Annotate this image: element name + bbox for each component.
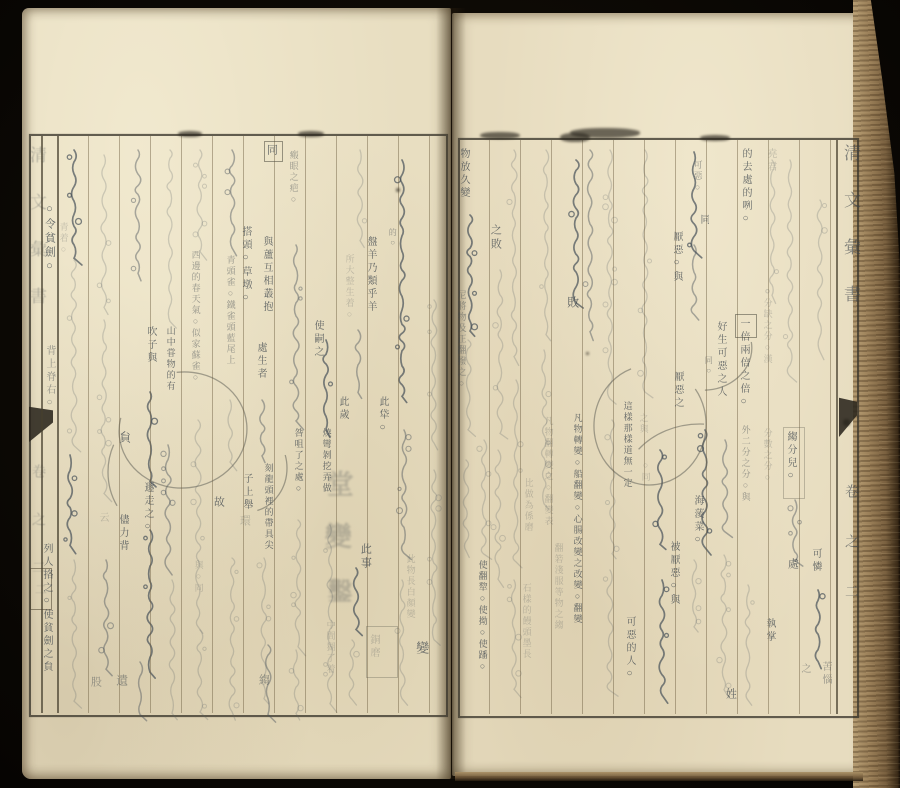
chinese-gloss-run: 翻箬淺服等物之縐 [554,543,563,631]
chinese-gloss-run: 吹子與 [145,326,155,365]
manchu-text-run [104,560,113,676]
manchu-diacritic-dot [473,291,477,295]
manchu-diacritic-dot [717,657,722,662]
chinese-gloss-run: 遺 [116,674,128,689]
manchu-diacritic-dot [406,446,411,451]
column-rule [119,136,120,713]
manchu-diacritic-dot [605,501,609,505]
chinese-gloss-run: 使嗣之 [312,320,322,359]
chinese-gloss-run: 子上舉 [241,473,251,512]
manchu-diacritic-dot [292,556,295,559]
manchu-diacritic-dot [131,198,135,202]
manchu-diacritic-dot [203,647,206,650]
manchu-diacritic-dot [299,287,302,290]
column-rule [429,136,430,713]
manchu-text-run [467,215,475,336]
manchu-text-run [147,530,155,678]
column-rule [212,136,213,713]
ink-smudge [178,131,202,137]
manchu-diacritic-dot [820,594,825,599]
manchu-diacritic-dot [508,584,512,588]
manchu-diacritic-dot [663,455,667,459]
annotation-box [735,314,757,338]
manchu-text-run [587,150,593,340]
manchu-text-run [658,450,666,549]
column-rule [613,140,614,714]
chinese-gloss-run: 山中甞物的有 [166,326,175,392]
bleed-through-text: 堂 [324,470,351,511]
manchu-diacritic-dot [507,199,512,204]
manchu-text-run [229,558,235,720]
column-rule [274,136,275,713]
manchu-diacritic-dot [605,435,610,440]
manchu-diacritic-dot [477,446,482,451]
manchu-diacritic-dot [500,535,506,541]
manchu-diacritic-dot [569,211,574,216]
chinese-gloss-run: 處生者 [255,342,265,381]
manchu-diacritic-dot [234,617,239,622]
manchu-text-run [349,640,356,705]
chinese-gloss-run: 縐 [257,674,268,688]
chinese-gloss-run: 背上脊右○ [44,345,54,411]
chinese-gloss-run: 姓 [724,688,735,702]
manchu-text-run [101,155,108,314]
manchu-diacritic-dot [493,323,499,329]
chinese-gloss-run: 儘力背 [117,514,127,553]
manchu-diacritic-dot [751,601,755,605]
manchu-text-run [544,150,551,341]
chinese-gloss-run: 敗 [567,296,579,311]
manchu-text-run [165,445,172,575]
column-rule [181,136,182,713]
column-rule [88,136,89,713]
manchu-diacritic-dot [603,577,607,581]
manchu-diacritic-dot [789,531,793,535]
manchu-diacritic-dot [775,270,779,274]
chinese-gloss-run: 苦惱 [820,661,830,687]
chinese-gloss-run: 貟 [119,431,131,446]
chinese-gloss-run: ○同 [641,460,650,483]
manchu-text-run [787,160,796,382]
chinese-gloss-run: 外二分之分○與 [741,425,750,503]
manchu-diacritic-dot [107,299,111,303]
column-rule [675,140,676,714]
chinese-gloss-run: 堯君 [765,148,775,174]
chinese-gloss-run: 中間猢了着 [326,620,335,675]
manchu-diacritic-dot [225,190,230,195]
manchu-text-run [722,440,732,537]
chinese-gloss-run: 環 [238,515,249,529]
chinese-gloss-run: 青頭雀○鐵雀頭藍尾上 [226,255,235,366]
manchu-diacritic-dot [106,418,110,422]
chinese-gloss-run: 這樣那樣道無一定 [623,401,632,489]
chinese-gloss-run: 尼將物及正翻撥之○ [457,290,466,390]
chinese-gloss-run: 西邊的春天氣○似家蘇雀○ [191,250,200,384]
manchu-text-run [101,320,112,502]
chinese-gloss-run: 可惡的人○ [624,616,634,682]
manchu-diacritic-dot [603,195,608,200]
manchu-text-run [135,150,141,281]
manchu-diacritic-dot [68,193,72,197]
chinese-gloss-run: 此歲 [337,396,347,422]
manchu-text-run [770,160,776,303]
manchu-diacritic-dot [106,241,111,246]
manchu-diacritic-dot [234,703,239,708]
chinese-gloss-run: 物放久變 [458,148,468,200]
manchu-diacritic-dot [97,395,102,400]
manchu-diacritic-dot [299,297,302,300]
chinese-gloss-run: 被厭惡○與 [668,541,678,607]
manchu-diacritic-dot [638,370,644,376]
manchu-text-run [323,340,330,437]
manchu-text-run [495,450,503,587]
manchu-diacritic-dot [822,203,826,207]
manchu-text-run [228,400,237,471]
chinese-gloss-run: 凡物翻轉變之○翻變表 [544,416,553,527]
manchu-diacritic-dot [201,536,205,540]
manchu-diacritic-dot [68,596,71,599]
manchu-text-run [357,150,364,247]
manchu-text-run [354,568,363,636]
chinese-gloss-run: 同 [698,214,708,227]
manchu-diacritic-dot [603,204,609,210]
column-rule [830,140,831,714]
chinese-gloss-run: 海蔆菜○ [692,495,702,548]
manchu-text-run [139,662,147,721]
manchu-diacritic-dot [162,467,166,471]
column-rule [305,136,306,713]
manchu-text-run [293,245,303,430]
manchu-diacritic-dot [583,282,588,287]
ink-smudge [480,132,520,139]
manchu-diacritic-dot [267,605,271,609]
chinese-gloss-run: 與蘆互相叢抱 [261,236,271,314]
manchu-diacritic-dot [603,302,608,307]
chinese-gloss-run: 比做為係磨 [524,478,533,533]
chinese-gloss-run: 股 [89,676,100,690]
manchu-diacritic-dot [76,218,82,224]
manchu-text-run [197,150,207,260]
manchu-diacritic-dot [64,538,67,541]
manchu-diacritic-dot [257,563,262,568]
manchu-diacritic-dot [131,266,135,270]
chinese-gloss-run: 分缺之分○漢 [763,298,772,365]
chinese-gloss-run: 云 [97,512,107,525]
chinese-gloss-run: 的去處的咧○ [740,148,750,227]
manchu-text-run [195,420,203,633]
ink-smudge [843,419,850,426]
ink-smudge [700,135,730,141]
column-rule [398,136,399,713]
manchu-diacritic-dot [235,570,238,573]
manchu-diacritic-dot [696,606,701,611]
chinese-gloss-run: 的○ [388,228,396,249]
chinese-gloss-run: 故 [212,496,223,510]
manchu-diacritic-dot [202,184,206,188]
manchu-text-run [497,270,508,439]
chinese-gloss-run: 變 [415,641,428,657]
manchu-text-run [147,392,156,487]
manchu-text-run [169,580,177,720]
chinese-gloss-run: 瘢眼之疤○ [289,150,298,206]
manchu-diacritic-dot [144,585,148,589]
manchu-diacritic-dot [161,451,166,456]
manchu-diacritic-dot [72,511,77,516]
manchu-diacritic-dot [203,704,207,708]
chinese-gloss-run: 厭惡○與 [671,231,681,284]
chinese-gloss-run: 所大整生着○ [345,254,354,321]
manchu-text-run [399,160,407,403]
manchu-text-run [71,260,81,452]
manchu-diacritic-dot [144,536,148,540]
chinese-gloss-run: 刻龍頭裡的帶具尖 [264,463,273,551]
chinese-gloss-run: 石樣的饅頭墨長 [522,583,531,660]
manchu-text-run [355,330,361,398]
manchu-diacritic-dot [688,243,692,247]
chinese-gloss-run: 好生可惡之人 [715,321,725,399]
column-rule [150,136,151,713]
book-scan-photo: 清文彙書 卷之二 二 清文彙書 卷之二 ○令貧劍○背上脊右○列人挌之○使貧劍之貟… [0,0,900,788]
manchu-text-run [817,200,824,360]
chinese-gloss-run: ○令貧劍○ [43,203,54,275]
manchu-diacritic-dot [727,573,731,577]
manchu-diacritic-dot [162,479,166,483]
manchu-diacritic-dot [291,592,296,597]
manchu-text-run [692,560,698,632]
chinese-gloss-run: 可憐 [810,548,820,574]
manchu-diacritic-dot [67,155,71,159]
chinese-gloss-run: 咎咀了之處○ [294,428,303,495]
annotation-box [366,626,398,678]
chinese-gloss-run: 此牮○ [377,396,387,436]
manchu-text-run [463,460,469,557]
manchu-diacritic-dot [67,429,71,433]
chinese-gloss-run: 執掌 [764,618,774,644]
manchu-diacritic-dot [436,506,441,511]
chinese-gloss-run: 青着○ [59,222,68,256]
manchu-text-run [72,150,82,265]
chinese-gloss-run: 處 [786,558,797,572]
manchu-diacritic-dot [783,334,787,338]
manchu-diacritic-dot [329,382,333,386]
chinese-gloss-run: 同○ [704,356,712,377]
manchu-text-run [167,150,176,328]
manchu-text-run [71,560,81,708]
manchu-diacritic-dot [491,525,496,530]
manchu-diacritic-dot [696,578,701,583]
chinese-gloss-run: 使翻犂○使拗○使蹯○ [478,560,487,673]
bleed-through-text: 鑿 [325,578,350,617]
ink-smudge [560,133,590,142]
annotation-box [783,427,805,499]
manchu-diacritic-dot [194,163,198,167]
column-rule [737,140,738,714]
column-rule [243,136,244,713]
column-rule [336,136,337,713]
manchu-text-run [607,150,616,404]
chinese-gloss-run: 搭頭○草墩○ [240,226,250,306]
manchu-diacritic-dot [788,506,793,511]
manchu-diacritic-dot [193,232,198,237]
manchu-diacritic-dot [290,380,294,384]
chinese-gloss-run: 列人挌之○使貧劍之貟 [41,543,51,674]
manchu-diacritic-dot [191,499,196,504]
manchu-text-run [691,245,698,320]
manchu-diacritic-dot [603,348,608,353]
ink-smudge [396,188,400,192]
ink-smudge [586,352,589,355]
manchu-text-run [229,150,236,256]
chinese-gloss-run: 遯走之○ [142,482,152,535]
manchu-diacritic-dot [472,324,478,330]
bleed-through-text: 變 [322,522,349,563]
manchu-diacritic-dot [203,174,207,178]
manchu-text-run [793,500,803,566]
manchu-diacritic-dot [72,476,76,480]
manchu-text-run [511,150,518,365]
chinese-gloss-run: 厭惡之 [672,371,682,410]
chinese-gloss-run: 之與 [639,413,648,435]
chinese-gloss-run: 與○同 [194,560,203,594]
ink-smudge [298,131,324,137]
manchu-text-run [431,300,438,450]
manchu-text-run [295,520,305,656]
chinese-gloss-run: 盤羊乃類乎羊 [365,236,375,314]
manchu-diacritic-dot [108,623,114,629]
manchu-text-run [67,455,75,554]
manchu-diacritic-dot [726,561,731,566]
annotation-box [264,141,283,162]
manchu-diacritic-dot [354,651,360,657]
manchu-text-run [659,580,668,703]
manchu-diacritic-dot [727,608,731,612]
chinese-gloss-run: 此物長白顏變 [406,554,415,620]
manchu-text-run [466,340,475,436]
chinese-gloss-run: 分數之分○ [763,428,772,484]
chinese-gloss-run: 之 [799,663,809,676]
manchu-diacritic-dot [404,316,409,321]
manchu-diacritic-dot [665,633,669,637]
banxin-divider-line [836,140,838,714]
chinese-gloss-run: 凡物轉變○船翻變○心腸改變之改變○翻變 [573,413,582,625]
chinese-gloss-run: 此事 [359,543,370,571]
manchu-diacritic-dot [472,251,477,256]
ink-overlay [0,0,900,788]
manchu-diacritic-dot [698,434,702,438]
manchu-text-run [260,400,265,463]
manchu-diacritic-dot [152,418,158,424]
manchu-diacritic-dot [540,285,544,289]
manchu-diacritic-dot [647,259,651,263]
manchu-text-run [815,590,821,669]
chinese-gloss-run: 可惡○ [693,160,702,194]
manchu-diacritic-dot [406,435,411,440]
chinese-gloss-run: 之敗 [489,224,500,252]
manchu-text-run [481,440,491,559]
manchu-diacritic-dot [106,440,112,446]
